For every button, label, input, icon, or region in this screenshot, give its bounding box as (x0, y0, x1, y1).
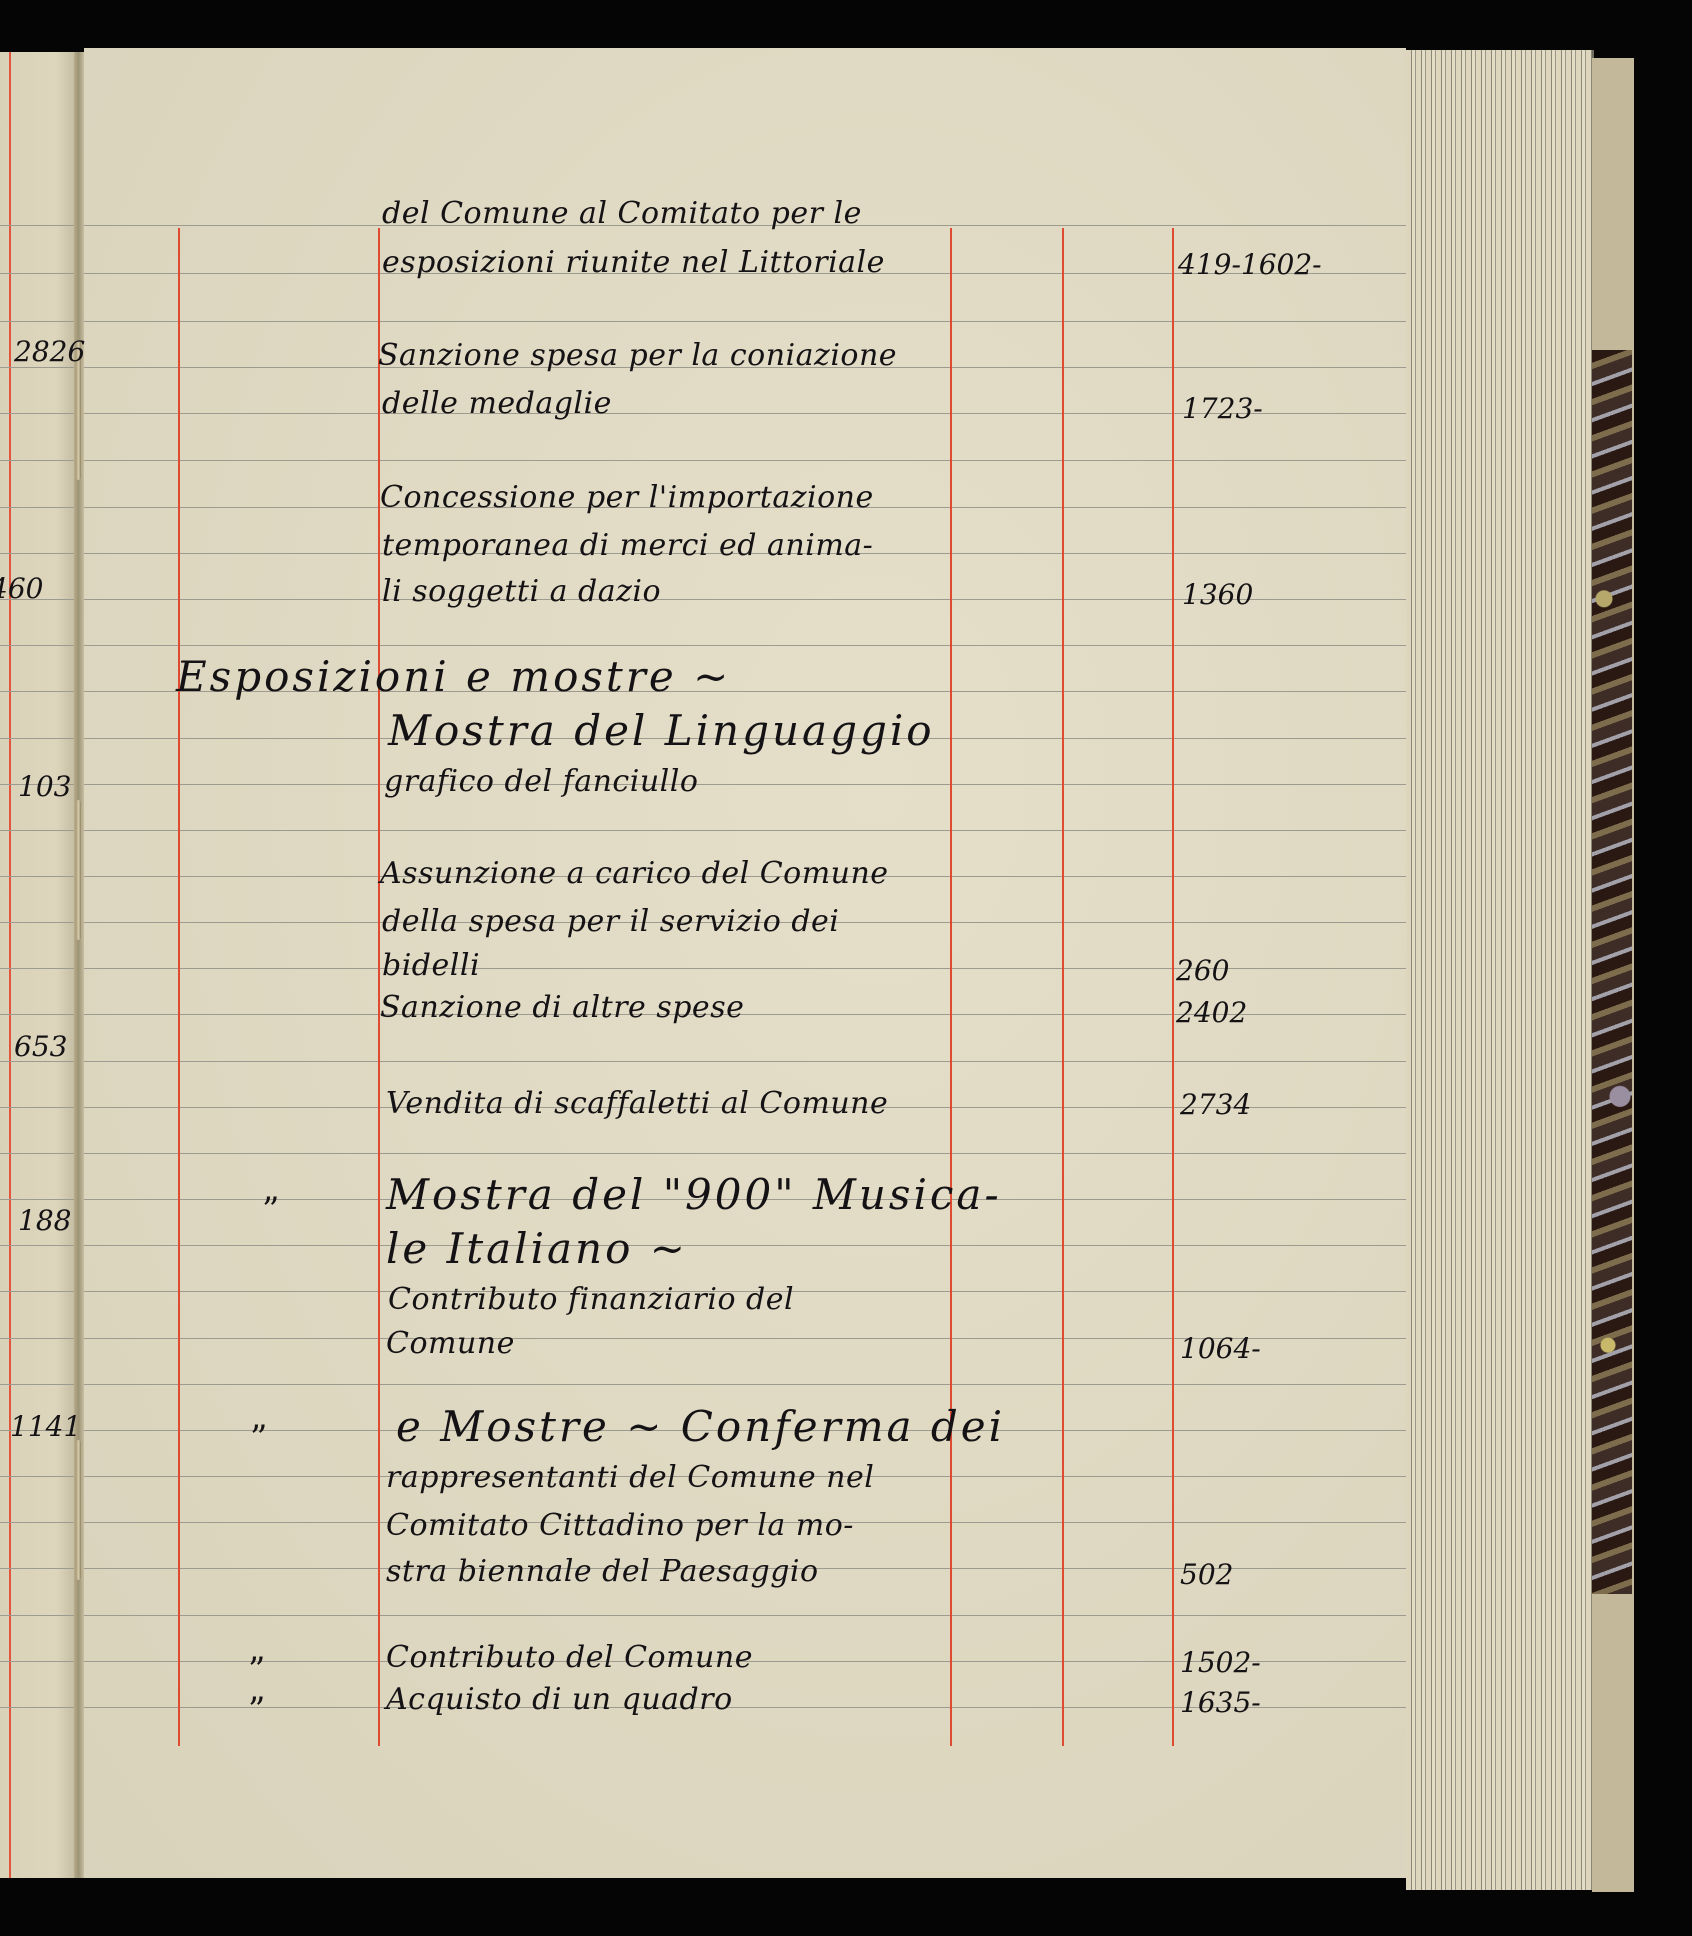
entry-amount: 2734 (1180, 1088, 1251, 1121)
entry-amount: 1635- (1180, 1686, 1261, 1719)
ditto-mark: ” (248, 1690, 265, 1730)
entry-text-line: temporanea di merci ed anima- (382, 528, 873, 563)
open-ledger-book: 2826 460 103 653 188 1141 del Comune al … (0, 0, 1692, 1936)
ruled-line (0, 784, 1406, 785)
ruled-line (0, 645, 1406, 646)
ruled-line (0, 1061, 1406, 1062)
entry-text-line: rappresentanti del Comune nel (386, 1460, 874, 1495)
entry-text-line: Comune (386, 1326, 515, 1361)
red-column-rule (178, 228, 180, 1746)
entry-amount: 1502- (1180, 1646, 1261, 1679)
left-page-number: 653 (14, 1030, 67, 1063)
binding-stitch (76, 1440, 81, 1580)
page-stack-edge (1406, 50, 1594, 1890)
left-page-number: 188 (18, 1204, 71, 1237)
entry-amount: 2402 (1176, 996, 1247, 1029)
entry-text-line: della spesa per il servizio dei (382, 904, 839, 939)
ruled-line (0, 1153, 1406, 1154)
entry-text-line: Comitato Cittadino per la mo- (386, 1508, 854, 1543)
left-page-number: 2826 (14, 335, 85, 368)
entry-text-line: Sanzione di altre spese (380, 990, 744, 1025)
entry-text-line: Assunzione a carico del Comune (380, 856, 889, 891)
entry-text-line: grafico del fanciullo (384, 764, 698, 799)
entry-title-line: Mostra del "900" Musica- (386, 1170, 1002, 1219)
entry-text-line: esposizioni riunite nel Littoriale (382, 245, 885, 280)
entry-title-line: Mostra del Linguaggio (388, 706, 935, 755)
entry-text-line: Concessione per l'importazione (380, 480, 874, 515)
entry-text-line: Contributo del Comune (386, 1640, 753, 1675)
left-page-number: 103 (18, 770, 71, 803)
entry-title-line: e Mostre ~ Conferma dei (396, 1402, 1005, 1451)
entry-text-line: Sanzione spesa per la coniazione (378, 338, 897, 373)
entry-text-line: Contributo finanziario del (388, 1282, 794, 1317)
entry-title-line: le Italiano ~ (386, 1224, 688, 1273)
marbled-cover-paper (1592, 350, 1632, 1594)
ruled-line (0, 321, 1406, 322)
previous-page-edge (0, 52, 80, 1878)
ruled-line (0, 1245, 1406, 1246)
entry-amount: 502 (1180, 1558, 1233, 1591)
entry-amount: 419-1602- (1178, 248, 1322, 281)
ditto-mark: ” (262, 1190, 279, 1230)
entry-text-line: stra biennale del Paesaggio (386, 1554, 819, 1589)
entry-text-line: Acquisto di un quadro (386, 1682, 733, 1717)
left-page-number: 1141 (10, 1410, 81, 1443)
ruled-line (0, 1384, 1406, 1385)
entry-text-line: del Comune al Comitato per le (382, 196, 862, 231)
binding-stitch (76, 800, 81, 940)
section-heading: Esposizioni e mostre ~ (176, 652, 731, 701)
ruled-line (0, 830, 1406, 831)
ditto-mark: ” (248, 1650, 265, 1690)
entry-text-line: li soggetti a dazio (382, 574, 661, 609)
entry-amount: 1064- (1180, 1332, 1261, 1365)
entry-text-line: delle medaglie (382, 386, 612, 421)
entry-amount: 1723- (1182, 392, 1263, 425)
entry-text-line: bidelli (382, 948, 480, 983)
entry-text-line: Vendita di scaffaletti al Comune (386, 1086, 888, 1121)
entry-amount: 260 (1176, 954, 1229, 987)
ditto-mark: ” (250, 1418, 267, 1458)
red-column-rule (378, 228, 380, 1746)
ruled-line (0, 460, 1406, 461)
ruled-line (0, 1615, 1406, 1616)
left-page-number: 460 (0, 572, 43, 605)
left-page-red-rule (9, 52, 11, 1878)
red-column-rule (1062, 228, 1064, 1746)
book-gutter (74, 52, 84, 1878)
red-column-rule (1172, 228, 1174, 1746)
red-column-rule (950, 228, 952, 1746)
entry-amount: 1360 (1182, 578, 1253, 611)
